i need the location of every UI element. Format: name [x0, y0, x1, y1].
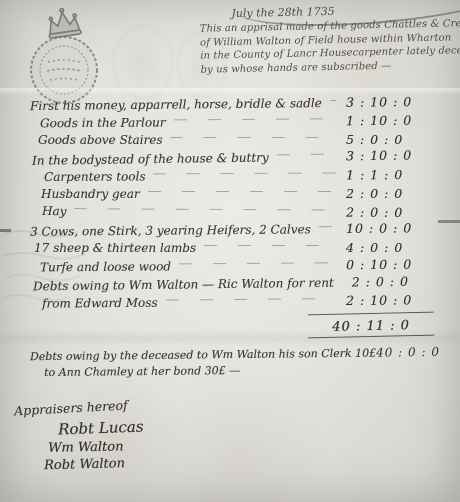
item-amount: 1 : 10 : 0 [346, 113, 434, 129]
item-label: Debts owing to Wm Walton — Ric Walton fo… [33, 276, 334, 294]
item-amount: 2 : 0 : 0 [346, 205, 434, 220]
inventory-row: Carpenters tools 1 : 1 : 0 [28, 167, 434, 187]
item-label: 3 Cows, one Stirk, 3 yearing Heifers, 2 … [30, 222, 311, 238]
debt-amount: 40 : 0 : 0 [376, 345, 460, 360]
item-amount: 5 : 0 : 0 [346, 132, 434, 147]
debts-section: Debts owing by the deceased to Wm Walton… [30, 345, 448, 379]
item-amount: 3 : 10 : 0 [346, 94, 434, 110]
item-amount: 4 : 0 : 0 [346, 240, 434, 255]
dash-leader [173, 113, 336, 126]
dash-leader [204, 240, 336, 252]
debt-line: Debts owing by the deceased to Wm Walton… [30, 345, 448, 363]
header-block: July the 28th 1735 This an apprisal made… [199, 2, 458, 76]
item-amount: 3 : 10 : 0 [346, 147, 434, 163]
total-amount: 40 : 11 : 0 [332, 318, 410, 335]
dash-leader [276, 149, 336, 162]
inventory-row: Husbandry gear 2 : 0 : 0 [28, 186, 434, 204]
item-label: First his money, apparrell, horse, bridl… [30, 96, 322, 113]
manuscript-page: July the 28th 1735 This an apprisal made… [0, 0, 460, 502]
inventory-total: 40 : 11 : 0 [308, 312, 434, 339]
item-amount: 0 : 10 : 0 [346, 257, 434, 273]
dash-leader [179, 257, 336, 270]
edge-ink-mark [438, 220, 460, 223]
item-label: 17 sheep & thirteen lambs [34, 241, 196, 255]
appraisers-heading: Appraisers hereof [14, 397, 144, 419]
debt-text: Debts owing by the deceased to Wm Walton… [30, 347, 376, 364]
signature: Robt Lucas [58, 418, 144, 439]
item-label: Goods in the Parlour [40, 115, 166, 130]
debt-text: to Ann Chamley at her bond 30£ — [44, 362, 448, 379]
item-amount: 1 : 1 : 0 [346, 167, 434, 182]
dash-leader [153, 167, 336, 180]
inventory-row: Goods in the Parlour 1 : 10 : 0 [28, 113, 434, 134]
dash-leader [319, 221, 336, 233]
item-amount: 10 : 0 : 0 [346, 220, 434, 236]
item-label: Carpenters tools [44, 169, 146, 184]
inventory-row: 17 sheep & thirteen lambs 4 : 0 : 0 [28, 240, 434, 258]
dash-leader [170, 132, 336, 144]
inventory-list: First his money, apparrell, horse, bridl… [28, 96, 434, 312]
dash-leader [330, 95, 336, 107]
inventory-row: 3 Cows, one Stirk, 3 yearing Heifers, 2 … [28, 220, 434, 242]
item-label: Goods above Staires [38, 133, 162, 147]
inventory-row: from Edward Moss 2 : 10 : 0 [28, 292, 434, 314]
dash-leader [74, 203, 336, 216]
item-label: from Edward Moss [42, 296, 158, 311]
item-amount: 2 : 10 : 0 [346, 292, 434, 308]
item-label: Turfe and loose wood [40, 259, 171, 274]
dash-leader [165, 293, 336, 306]
item-amount: 2 : 0 : 0 [352, 273, 440, 289]
appraisers-section: Appraisers hereof Robt Lucas Wm Walton R… [14, 400, 143, 472]
signature: Wm Walton [48, 439, 144, 456]
signature: Robt Walton [44, 456, 144, 474]
item-amount: 2 : 0 : 0 [346, 186, 434, 201]
item-label: Husbandry gear [41, 187, 140, 201]
item-label: In the bodystead of the house & buttry [32, 150, 269, 167]
item-label: Hay [42, 204, 66, 218]
dash-leader [148, 186, 336, 198]
